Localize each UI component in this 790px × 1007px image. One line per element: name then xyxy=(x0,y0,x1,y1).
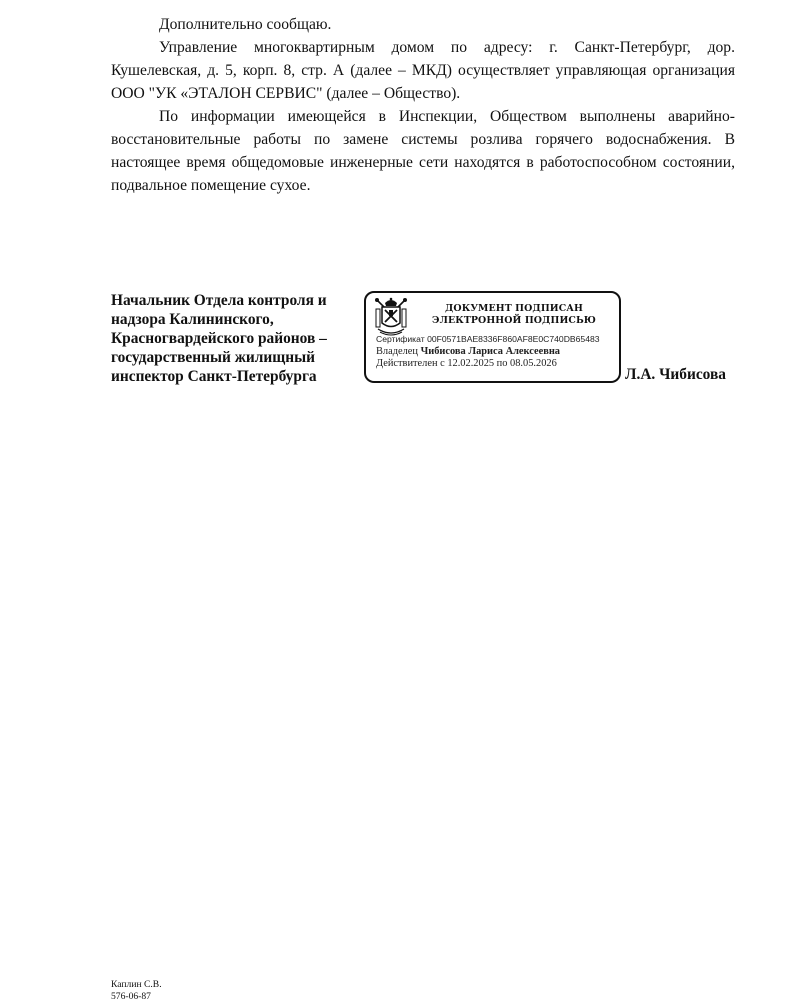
position-line: Начальник Отдела контроля и xyxy=(111,291,351,310)
signer-name: Л.А. Чибисова xyxy=(625,366,726,384)
stamp-title: ДОКУМЕНТ ПОДПИСАН ЭЛЕКТРОННОЙ ПОДПИСЬЮ xyxy=(414,303,614,327)
owner-line: Владелец Чибисова Лариса Алексеевна xyxy=(376,346,560,357)
paragraph-works: По информации имеющейся в Инспекции, Общ… xyxy=(111,105,735,197)
paragraph-intro: Дополнительно сообщаю. xyxy=(111,13,735,36)
validity-line: Действителен с 12.02.2025 по 08.05.2026 xyxy=(376,358,557,369)
letter-body: Дополнительно сообщаю. Управление многок… xyxy=(111,13,735,197)
paragraph-management: Управление многоквартирным домом по адре… xyxy=(111,36,735,105)
owner-name: Чибисова Лариса Алексеевна xyxy=(421,346,560,357)
position-line: Красногвардейского районов – xyxy=(111,329,351,348)
position-line: инспектор Санкт-Петербурга xyxy=(111,367,351,386)
executor-info: Каплин С.В. 576-06-87 xyxy=(111,979,162,1003)
certificate-line: Сертификат 00F0571BAE8336F860AF8E0C740DB… xyxy=(376,334,600,344)
certificate-number: 00F0571BAE8336F860AF8E0C740DB65483 xyxy=(427,334,599,344)
position-line: государственный жилищный xyxy=(111,348,351,367)
electronic-signature-stamp: ДОКУМЕНТ ПОДПИСАН ЭЛЕКТРОННОЙ ПОДПИСЬЮ С… xyxy=(364,291,621,383)
executor-name: Каплин С.В. xyxy=(111,979,162,991)
executor-phone: 576-06-87 xyxy=(111,991,162,1003)
position-line: надзора Калининского, xyxy=(111,310,351,329)
coat-of-arms-icon xyxy=(374,297,408,337)
signer-position: Начальник Отдела контроля и надзора Кали… xyxy=(111,291,351,386)
